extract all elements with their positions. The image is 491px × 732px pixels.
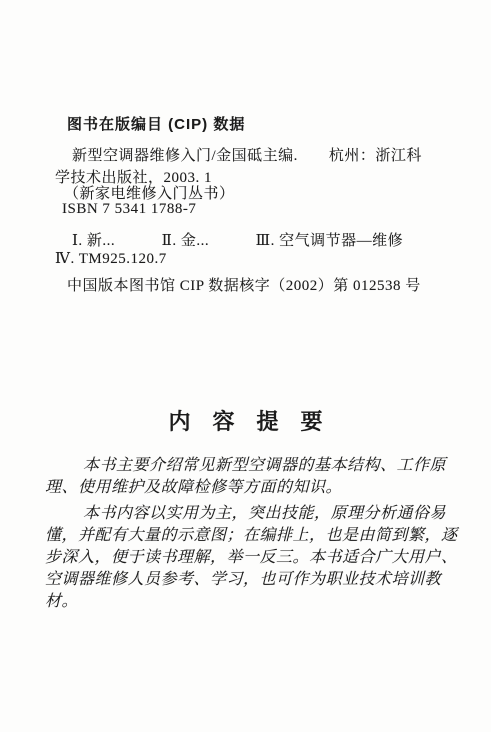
summary-heading: 内 容 提 要 [0,409,491,434]
summary-paragraph-line: 本书主要介绍常见新型空调器的基本结构、工作原 [83,456,446,474]
cip-entry-line-2: 学技术出版社，2003. 1 [55,170,212,187]
cip-title: 图书在版编目 (CIP) 数据 [67,116,245,133]
book-page: 图书在版编目 (CIP) 数据 新型空调器维修入门/金国砥主编. 杭州：浙江科 … [0,0,491,732]
cip-entry-line-1: 新型空调器维修入门/金国砥主编. 杭州：浙江科 [72,148,422,165]
summary-paragraph-line: 理、使用维护及故障检修等方面的知识。 [45,478,342,496]
summary-paragraph-line: 材。 [45,592,78,610]
summary-paragraph-line: 本书内容以实用为主，突出技能，原理分析通俗易 [83,504,446,522]
isbn-line: ISBN 7 5341 1788-7 [62,201,196,218]
cip-record-line: 中国版本图书馆 CIP 数据核字（2002）第 012538 号 [67,278,421,295]
summary-paragraph-line: 懂，并配有大量的示意图；在编排上，也是由简到繁，逐 [45,526,458,544]
summary-paragraph-line: 步深入，便于读书理解，举一反三。本书适合广大用户、 [45,548,458,566]
summary-paragraph-line: 空调器维修人员参考、学习，也可作为职业技术培训教 [45,570,441,588]
classification-line-1: Ⅰ. 新... Ⅱ. 金... Ⅲ. 空气调节器—维修 [72,233,403,250]
classification-line-2: Ⅳ. TM925.120.7 [55,251,167,268]
